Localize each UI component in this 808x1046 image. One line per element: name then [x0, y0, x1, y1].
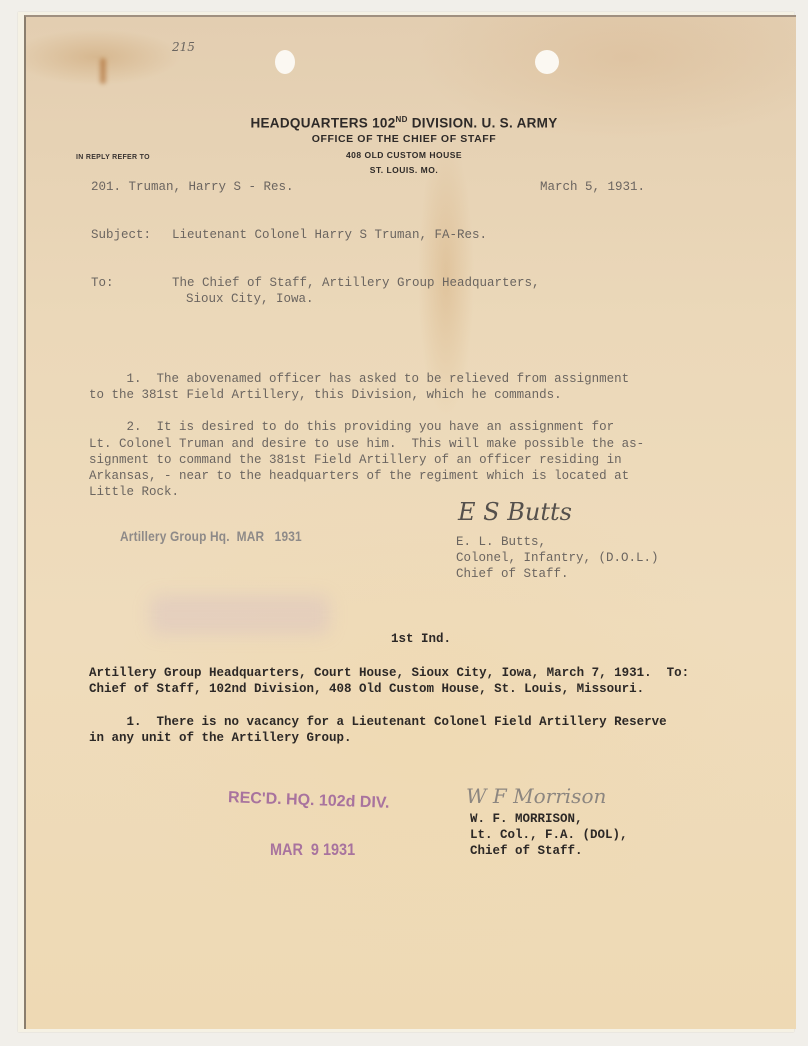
- signer-name-2: W. F. MORRISON,: [470, 811, 583, 827]
- letterhead-city: ST. LOUIS. MO.: [0, 165, 808, 175]
- punch-hole-right: [535, 50, 559, 74]
- indorsement-heading: 1st Ind.: [391, 631, 451, 647]
- page-number: 215: [172, 40, 195, 54]
- received-stamp-date: MAR 9 1931: [270, 840, 355, 860]
- to-label: To:: [91, 275, 114, 291]
- subject-label: Subject:: [91, 227, 151, 243]
- artillery-group-received-stamp: Artillery Group Hq. MAR 1931: [120, 528, 302, 544]
- signer-title-1: Chief of Staff.: [456, 566, 569, 582]
- letterhead-office: OFFICE OF THE CHIEF OF STAFF: [0, 133, 808, 145]
- punch-hole-left: [275, 50, 295, 74]
- signer-title-2: Chief of Staff.: [470, 843, 583, 859]
- subject-text: Lieutenant Colonel Harry S Truman, FA-Re…: [172, 227, 487, 243]
- letter-date: March 5, 1931.: [540, 179, 645, 195]
- signer-rank-2: Lt. Col., F.A. (DOL),: [470, 827, 628, 843]
- reply-refer-label: IN REPLY REFER TO: [76, 154, 150, 161]
- to-line-2: Sioux City, Iowa.: [186, 291, 314, 307]
- signature-morrison: W F Morrison: [466, 784, 606, 808]
- letterhead-title: HEADQUARTERS 102ND DIVISION. U. S. ARMY: [0, 115, 808, 131]
- signature-butts: E S Butts: [458, 498, 572, 526]
- rust-stain: [100, 58, 106, 84]
- signer-name-1: E. L. Butts,: [456, 534, 546, 550]
- signer-rank-1: Colonel, Infantry, (D.O.L.): [456, 550, 659, 566]
- indorsement-header-2: Chief of Staff, 102nd Division, 408 Old …: [89, 681, 644, 697]
- indorsement-header-1: Artillery Group Headquarters, Court Hous…: [89, 665, 689, 681]
- faded-stamp-smudge: [150, 595, 330, 635]
- to-line-1: The Chief of Staff, Artillery Group Head…: [172, 275, 540, 291]
- file-reference: 201. Truman, Harry S - Res.: [91, 179, 294, 195]
